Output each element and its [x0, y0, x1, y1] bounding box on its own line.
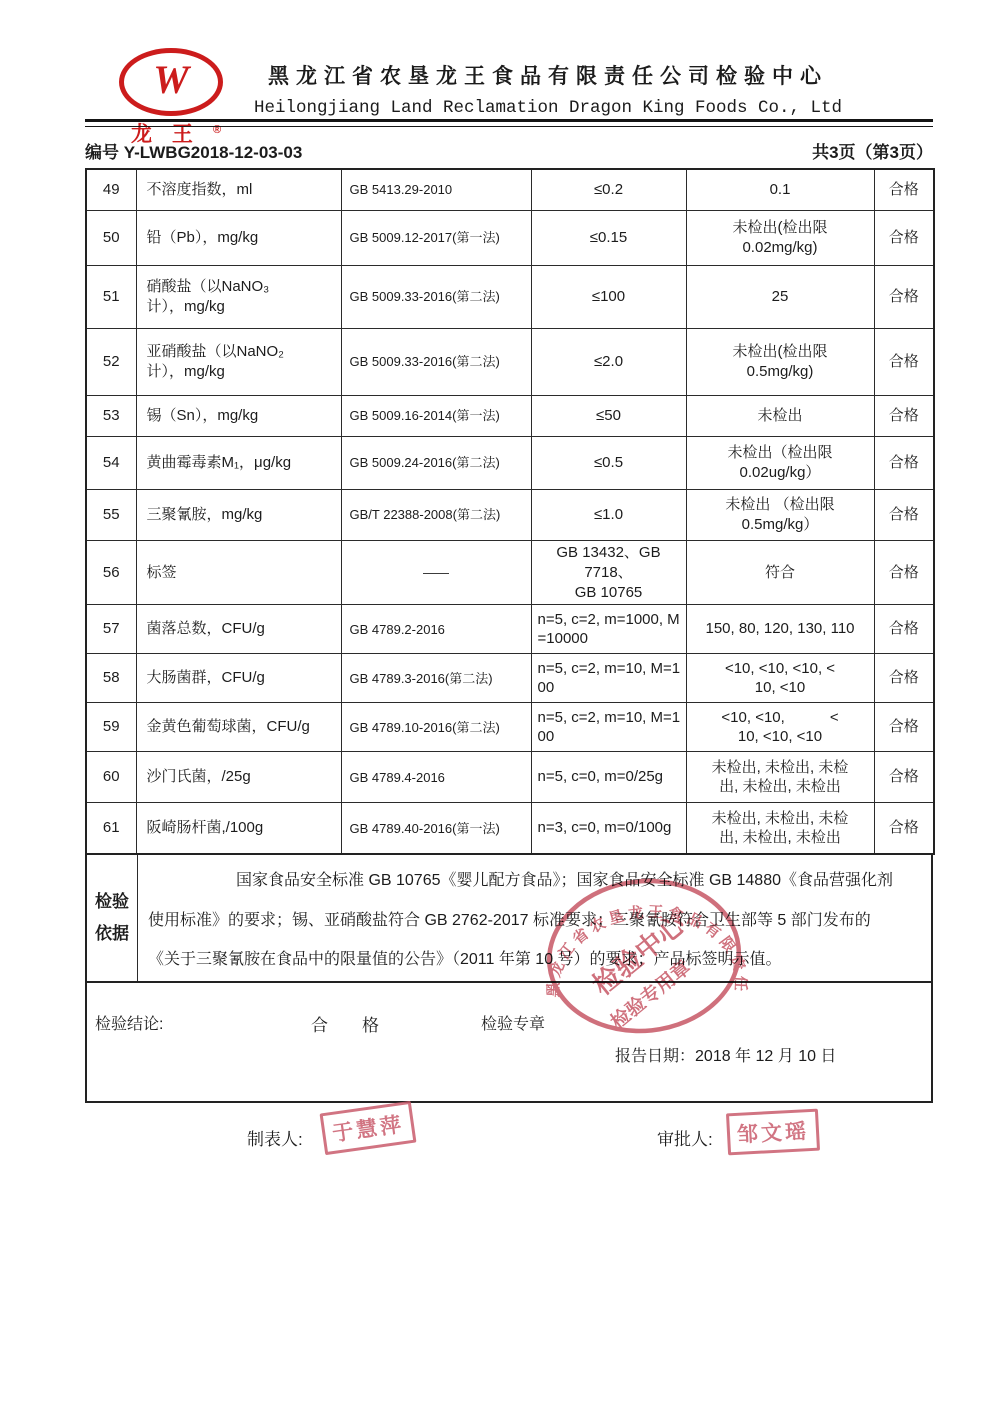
- conclusion-value: 合 格: [311, 1011, 379, 1036]
- item-name: 金黄色葡萄球菌，CFU/g: [136, 703, 341, 752]
- result-value: 未检出, 未检出, 未检 出, 未检出, 未检出: [686, 803, 874, 855]
- result-value: 符合: [686, 541, 874, 605]
- seal-caption: 检验专章: [481, 1011, 545, 1034]
- method-standard: GB/T 22388-2008(第二法): [341, 490, 531, 541]
- method-standard: GB 5009.33-2016(第二法): [341, 266, 531, 329]
- inspection-basis-section: 检验 依据 国家食品安全标准 GB 10765《婴儿配方食品》；国家食品安全标准…: [85, 855, 933, 983]
- result-value: 未检出（检出限 0.02ug/kg）: [686, 437, 874, 490]
- report-date: 报告日期：2018 年 12 月 10 日: [615, 1043, 836, 1066]
- item-name: 大肠菌群，CFU/g: [136, 654, 341, 703]
- conclusion-value: 合格: [874, 605, 934, 654]
- row-no: 56: [86, 541, 136, 605]
- method-standard: GB 5009.24-2016(第二法): [341, 437, 531, 490]
- method-standard: GB 4789.2-2016: [341, 605, 531, 654]
- row-no: 51: [86, 266, 136, 329]
- item-name: 阪崎肠杆菌,/100g: [136, 803, 341, 855]
- dragon-king-logo: W 龙王®: [112, 48, 230, 148]
- logo-ellipse-icon: W: [119, 48, 223, 116]
- limit-value: ≤2.0: [531, 329, 686, 396]
- conclusion-value: 合格: [874, 654, 934, 703]
- method-standard: GB 5009.16-2014(第一法): [341, 396, 531, 437]
- item-name: 亚硝酸盐（以NaNO₂ 计），mg/kg: [136, 329, 341, 396]
- method-standard: GB 4789.40-2016(第一法): [341, 803, 531, 855]
- table-row: 49不溶度指数，mlGB 5413.29-2010≤0.20.1合格: [86, 169, 934, 211]
- preparer-label: 制表人:: [247, 1125, 303, 1150]
- signature-row: 制表人: 于慧萍 审批人: 邹文瑶: [85, 1115, 933, 1195]
- method-standard: GB 5009.33-2016(第二法): [341, 329, 531, 396]
- table-row: 52亚硝酸盐（以NaNO₂ 计），mg/kgGB 5009.33-2016(第二…: [86, 329, 934, 396]
- conclusion-value: 合格: [874, 211, 934, 266]
- limit-value: n=5, c=0, m=0/25g: [531, 752, 686, 803]
- row-no: 49: [86, 169, 136, 211]
- document-number: 编号 Y-LWBG2018-12-03-03: [85, 138, 302, 163]
- limit-value: n=3, c=0, m=0/100g: [531, 803, 686, 855]
- method-standard: GB 4789.3-2016(第二法): [341, 654, 531, 703]
- report-body: 49不溶度指数，mlGB 5413.29-2010≤0.20.1合格50铅（Pb…: [85, 168, 933, 1195]
- item-name: 硝酸盐（以NaNO₃ 计），mg/kg: [136, 266, 341, 329]
- item-name: 标签: [136, 541, 341, 605]
- table-row: 51硝酸盐（以NaNO₃ 计），mg/kgGB 5009.33-2016(第二法…: [86, 266, 934, 329]
- method-standard: GB 4789.10-2016(第二法): [341, 703, 531, 752]
- conclusion-value: 合格: [874, 541, 934, 605]
- letterhead: 黑龙江省农垦龙王食品有限责任公司检验中心 Heilongjiang Land R…: [238, 60, 858, 118]
- basis-text: 国家食品安全标准 GB 10765《婴儿配方食品》；国家食品安全标准 GB 14…: [138, 855, 931, 981]
- table-row: 50铅（Pb），mg/kgGB 5009.12-2017(第一法)≤0.15未检…: [86, 211, 934, 266]
- conclusion-value: 合格: [874, 266, 934, 329]
- limit-value: ≤0.2: [531, 169, 686, 211]
- item-name: 铅（Pb），mg/kg: [136, 211, 341, 266]
- limit-value: n=5, c=2, m=10, M=1 00: [531, 703, 686, 752]
- header-divider-thick: [85, 119, 933, 122]
- table-row: 59金黄色葡萄球菌，CFU/gGB 4789.10-2016(第二法)n=5, …: [86, 703, 934, 752]
- row-no: 57: [86, 605, 136, 654]
- approver-name-stamp: 邹文瑶: [726, 1109, 820, 1156]
- results-table-body: 49不溶度指数，mlGB 5413.29-2010≤0.20.1合格50铅（Pb…: [86, 169, 934, 854]
- result-value: 未检出, 未检出, 未检 出, 未检出, 未检出: [686, 752, 874, 803]
- table-row: 56标签——GB 13432、GB 7718、 GB 10765符合合格: [86, 541, 934, 605]
- conclusion-value: 合格: [874, 703, 934, 752]
- conclusion-value: 合格: [874, 803, 934, 855]
- logo-w-letter: W: [153, 60, 189, 100]
- result-value: 未检出(检出限 0.02mg/kg): [686, 211, 874, 266]
- conclusion-label: 检验结论:: [95, 1011, 163, 1034]
- limit-value: n=5, c=2, m=1000, M =10000: [531, 605, 686, 654]
- inspection-seal: 黑龙江省农垦龙王食品有限责任公司 检验中心 检验专用章: [535, 864, 753, 1048]
- row-no: 60: [86, 752, 136, 803]
- result-value: <10, <10, < 10, <10, <10: [686, 703, 874, 752]
- conclusion-value: 合格: [874, 752, 934, 803]
- company-title-cn: 黑龙江省农垦龙王食品有限责任公司检验中心: [238, 60, 858, 90]
- conclusion-value: 合格: [874, 329, 934, 396]
- result-value: <10, <10, <10, < 10, <10: [686, 654, 874, 703]
- row-no: 54: [86, 437, 136, 490]
- result-value: 0.1: [686, 169, 874, 211]
- limit-value: ≤50: [531, 396, 686, 437]
- row-no: 52: [86, 329, 136, 396]
- row-no: 50: [86, 211, 136, 266]
- item-name: 锡（Sn），mg/kg: [136, 396, 341, 437]
- limit-value: ≤0.5: [531, 437, 686, 490]
- method-standard: GB 4789.4-2016: [341, 752, 531, 803]
- row-no: 59: [86, 703, 136, 752]
- row-no: 53: [86, 396, 136, 437]
- table-row: 61阪崎肠杆菌,/100gGB 4789.40-2016(第一法)n=3, c=…: [86, 803, 934, 855]
- conclusion-section: 检验结论: 合 格 检验专章 报告日期：2018 年 12 月 10 日: [85, 983, 933, 1103]
- method-standard: GB 5009.12-2017(第一法): [341, 211, 531, 266]
- item-name: 沙门氏菌，/25g: [136, 752, 341, 803]
- table-row: 60沙门氏菌，/25gGB 4789.4-2016n=5, c=0, m=0/2…: [86, 752, 934, 803]
- result-value: 150, 80, 120, 130, 110: [686, 605, 874, 654]
- header-divider-thin: [85, 126, 933, 127]
- row-no: 55: [86, 490, 136, 541]
- table-row: 54黄曲霉毒素M₁，μg/kgGB 5009.24-2016(第二法)≤0.5未…: [86, 437, 934, 490]
- result-value: 25: [686, 266, 874, 329]
- result-value: 未检出: [686, 396, 874, 437]
- limit-value: ≤0.15: [531, 211, 686, 266]
- method-standard: GB 5413.29-2010: [341, 169, 531, 211]
- result-value: 未检出 （检出限 0.5mg/kg）: [686, 490, 874, 541]
- conclusion-value: 合格: [874, 396, 934, 437]
- result-value: 未检出(检出限 0.5mg/kg): [686, 329, 874, 396]
- limit-value: GB 13432、GB 7718、 GB 10765: [531, 541, 686, 605]
- item-name: 不溶度指数，ml: [136, 169, 341, 211]
- basis-label: 检验 依据: [87, 855, 138, 981]
- conclusion-value: 合格: [874, 437, 934, 490]
- company-title-en: Heilongjiang Land Reclamation Dragon Kin…: [238, 98, 858, 118]
- page-indicator: 共3页（第3页）: [812, 138, 933, 163]
- item-name: 黄曲霉毒素M₁，μg/kg: [136, 437, 341, 490]
- item-name: 三聚氰胺，mg/kg: [136, 490, 341, 541]
- table-row: 57菌落总数，CFU/gGB 4789.2-2016n=5, c=2, m=10…: [86, 605, 934, 654]
- limit-value: ≤1.0: [531, 490, 686, 541]
- preparer-name-stamp: 于慧萍: [320, 1101, 417, 1155]
- row-no: 58: [86, 654, 136, 703]
- table-row: 53锡（Sn），mg/kgGB 5009.16-2014(第一法)≤50未检出合…: [86, 396, 934, 437]
- approver-label: 审批人:: [657, 1125, 713, 1150]
- limit-value: n=5, c=2, m=10, M=1 00: [531, 654, 686, 703]
- table-row: 58大肠菌群，CFU/gGB 4789.3-2016(第二法)n=5, c=2,…: [86, 654, 934, 703]
- row-no: 61: [86, 803, 136, 855]
- conclusion-value: 合格: [874, 169, 934, 211]
- inspection-report-page: W 龙王® 黑龙江省农垦龙王食品有限责任公司检验中心 Heilongjiang …: [0, 0, 992, 1403]
- meta-row: 编号 Y-LWBG2018-12-03-03 共3页（第3页）: [85, 138, 933, 163]
- table-row: 55三聚氰胺，mg/kgGB/T 22388-2008(第二法)≤1.0未检出 …: [86, 490, 934, 541]
- method-standard: ——: [341, 541, 531, 605]
- conclusion-value: 合格: [874, 490, 934, 541]
- item-name: 菌落总数，CFU/g: [136, 605, 341, 654]
- results-table: 49不溶度指数，mlGB 5413.29-2010≤0.20.1合格50铅（Pb…: [85, 168, 935, 855]
- limit-value: ≤100: [531, 266, 686, 329]
